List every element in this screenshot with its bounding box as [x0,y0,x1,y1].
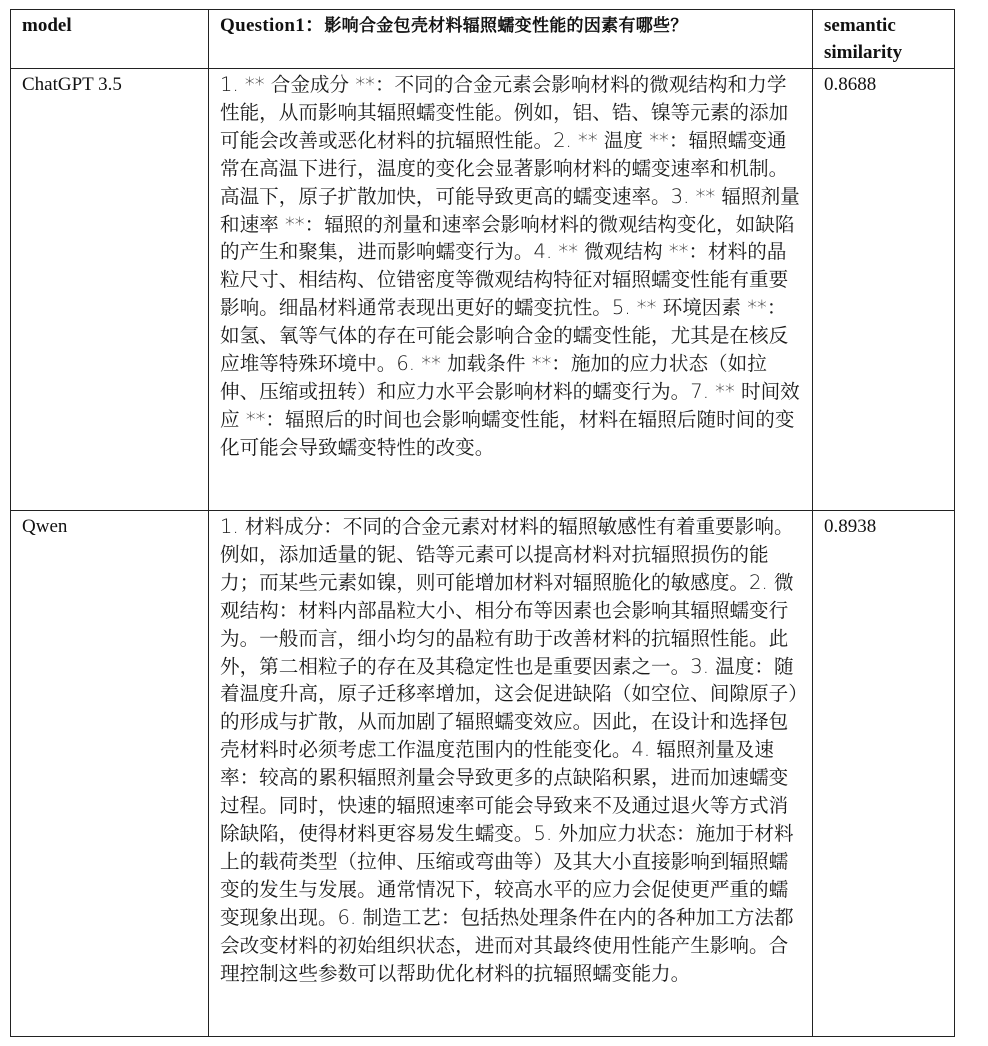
header-question: Question1：影响合金包壳材料辐照蠕变性能的因素有哪些？ [209,10,813,69]
model-name-cell: ChatGPT 3.5 [11,69,209,511]
question-text: 影响合金包壳材料辐照蠕变性能的因素有哪些？ [324,16,687,36]
comparison-table: model Question1：影响合金包壳材料辐照蠕变性能的因素有哪些？ se… [10,9,955,1037]
similarity-score-cell: 0.8938 [813,511,955,1037]
model-name-cell: Qwen [11,511,209,1037]
table-row: ChatGPT 3.5 1. ** 合金成分 **：不同的合金元素会影响材料的微… [11,69,955,511]
similarity-score-cell: 0.8688 [813,69,955,511]
header-row: model Question1：影响合金包壳材料辐照蠕变性能的因素有哪些？ se… [11,10,955,69]
question-prefix: Question1： [220,15,324,36]
table-row: Qwen 1. 材料成分：不同的合金元素对材料的辐照敏感性有着重要影响。例如，添… [11,511,955,1037]
header-similarity: semantic similarity [813,10,955,69]
header-model-label: model [22,15,72,36]
header-model: model [11,10,209,69]
answer-cell: 1. 材料成分：不同的合金元素对材料的辐照敏感性有着重要影响。例如，添加适量的铌… [209,511,813,1037]
header-similarity-label: semantic similarity [824,15,902,63]
answer-cell: 1. ** 合金成分 **：不同的合金元素会影响材料的微观结构和力学性能，从而影… [209,69,813,511]
